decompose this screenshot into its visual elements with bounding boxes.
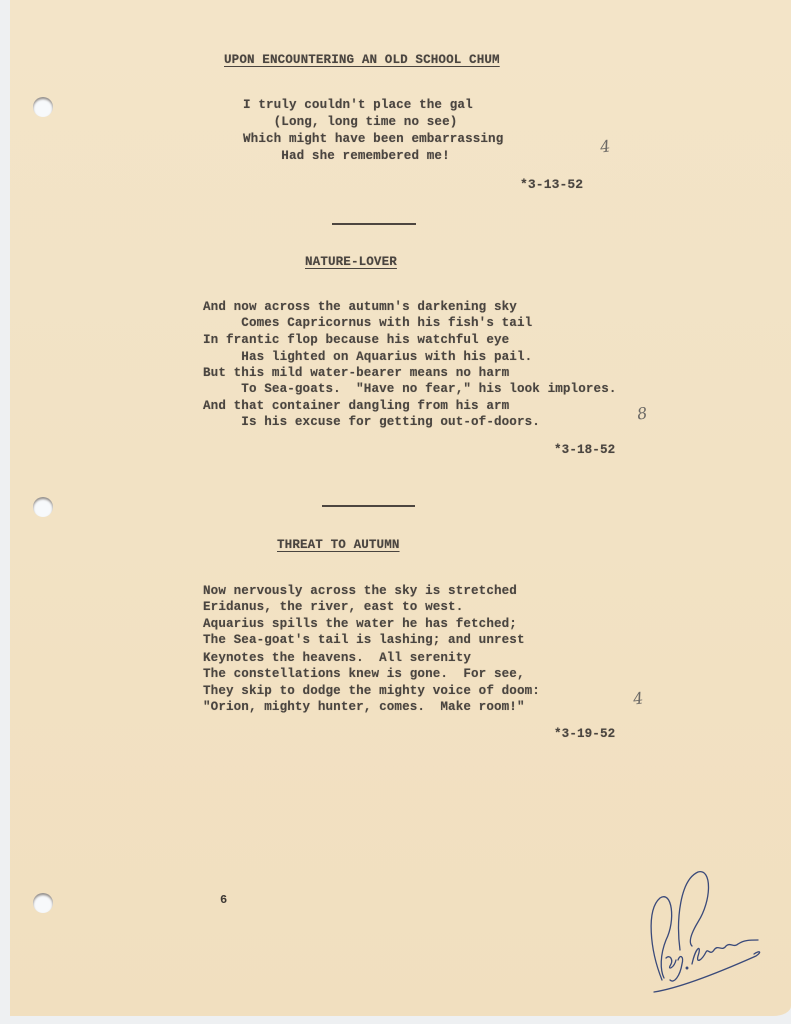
poem-line: Keynotes the heavens. All serenity xyxy=(203,652,471,665)
poem-date: *3-13-52 xyxy=(520,178,583,191)
binder-hole xyxy=(33,893,53,913)
poem-line: I truly couldn't place the gal xyxy=(243,99,473,112)
poem-line: The Sea-goat's tail is lashing; and unre… xyxy=(203,634,525,647)
poem-date: *3-19-52 xyxy=(554,728,615,741)
poem-line: Eridanus, the river, east to west. xyxy=(203,601,463,614)
poem-line: In frantic flop because his watchful eye xyxy=(203,334,509,347)
poem-line: To Sea-goats. "Have no fear," his look i… xyxy=(203,383,617,396)
poem-line: "Orion, mighty hunter, comes. Make room!… xyxy=(203,701,525,714)
poem-line: Which might have been embarrassing xyxy=(243,133,503,146)
page-number: 6 xyxy=(220,893,227,907)
poem-line: Has lighted on Aquarius with his pail. xyxy=(203,351,532,364)
poem-line: Had she remembered me! xyxy=(243,150,450,163)
poem-title: UPON ENCOUNTERING AN OLD SCHOOL CHUM xyxy=(224,54,500,67)
binder-hole xyxy=(33,97,53,117)
poem-title: NATURE-LOVER xyxy=(305,256,397,269)
poem-date: *3-18-52 xyxy=(554,444,615,457)
poem-line: Comes Capricornus with his fish's tail xyxy=(203,317,532,330)
poem-line: And that container dangling from his arm xyxy=(203,400,509,413)
poem-line: Is his excuse for getting out-of-doors. xyxy=(203,416,540,429)
poem-line: They skip to dodge the mighty voice of d… xyxy=(203,685,540,698)
section-divider xyxy=(322,505,415,507)
poem-line: (Long, long time no see) xyxy=(243,116,457,129)
section-divider xyxy=(332,223,416,225)
binder-hole xyxy=(33,497,53,517)
poem-title: THREAT TO AUTUMN xyxy=(277,539,400,552)
poem-line: And now across the autumn's darkening sk… xyxy=(203,301,517,314)
signature-ink xyxy=(640,860,780,1000)
poem-line: Aquarius spills the water he has fetched… xyxy=(203,618,517,631)
poem-line: Now nervously across the sky is stretche… xyxy=(203,585,517,598)
poem-line: But this mild water-bearer means no harm xyxy=(203,367,509,380)
poem-line: The constellations knew is gone. For see… xyxy=(203,668,525,681)
